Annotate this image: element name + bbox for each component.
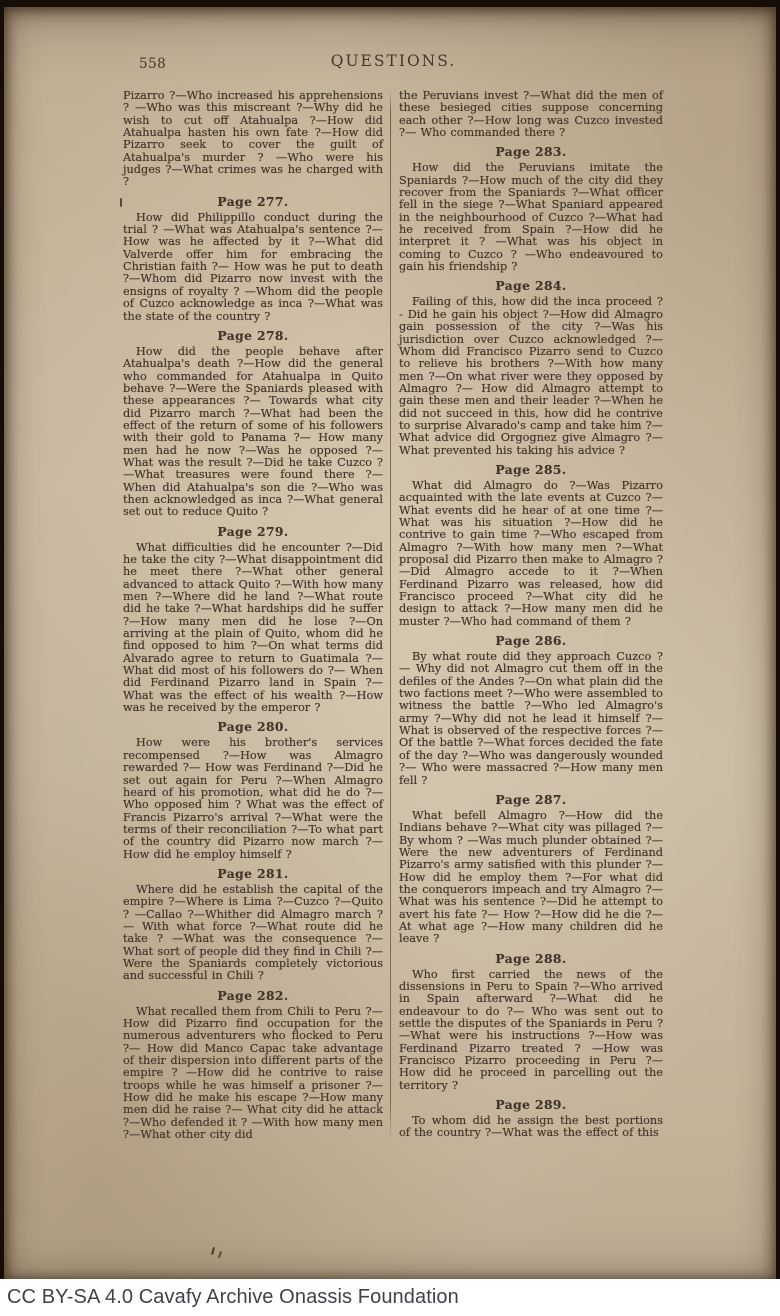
question-section: Page 289. To whom did he assign the best… xyxy=(399,1098,663,1140)
section-heading: Page 284. xyxy=(399,279,663,292)
section-heading: Page 279. xyxy=(123,525,383,538)
ink-mark xyxy=(120,198,122,207)
two-column-layout: Pizarro ?—Who increased his apprehension… xyxy=(123,90,664,1141)
page-header: 558 QUESTIONS. xyxy=(123,52,664,78)
left-column: Pizarro ?—Who increased his apprehension… xyxy=(123,90,383,1141)
section-heading: Page 277. xyxy=(123,195,383,208)
text-block: 558 QUESTIONS. Pizarro ?—Who increased h… xyxy=(123,52,664,1141)
question-section: Page 278. How did the people behave afte… xyxy=(123,329,383,519)
section-body: What difficulties did he encounter ?—Did… xyxy=(123,542,383,715)
section-body: How did Philippillo conduct during the t… xyxy=(123,212,383,323)
right-column: the Peruvians invest ?—What did the men … xyxy=(399,90,663,1141)
section-body: How were his brother's services recompen… xyxy=(123,737,383,860)
section-body: By what route did they approach Cuzco ?—… xyxy=(399,651,663,787)
section-body: What did Almagro do ?—Was Pizarro acquai… xyxy=(399,480,663,628)
license-bar: CC BY-SA 4.0 Cavafy Archive Onassis Foun… xyxy=(0,1279,780,1316)
question-section: Page 284. Failing of this, how did the i… xyxy=(399,279,663,456)
section-body: Where did he establish the capital of th… xyxy=(123,884,383,983)
continued-paragraph: the Peruvians invest ?—What did the men … xyxy=(399,90,663,139)
running-title: QUESTIONS. xyxy=(123,52,664,70)
question-section: Page 277. How did Philippillo conduct du… xyxy=(123,195,383,323)
section-heading: Page 280. xyxy=(123,720,383,733)
section-body: Who first carried the news of the dissen… xyxy=(399,969,663,1092)
section-heading: Page 281. xyxy=(123,867,383,880)
section-heading: Page 288. xyxy=(399,952,663,965)
section-heading: Page 286. xyxy=(399,634,663,647)
scanned-book-page: { "page": { "number": "558", "running_ti… xyxy=(0,0,780,1316)
question-section: Page 288. Who first carried the news of … xyxy=(399,952,663,1092)
column-divider-rule xyxy=(390,90,391,1141)
question-section: Page 286. By what route did they approac… xyxy=(399,634,663,787)
section-body: What befell Almagro ?—How did the Indian… xyxy=(399,810,663,946)
section-body: How did the people behave after Atahualp… xyxy=(123,346,383,519)
continued-paragraph: Pizarro ?—Who increased his apprehension… xyxy=(123,90,383,189)
question-section: Page 283. How did the Peruvians imitate … xyxy=(399,145,663,273)
section-heading: Page 289. xyxy=(399,1098,663,1111)
question-section: Page 287. What befell Almagro ?—How did … xyxy=(399,793,663,946)
question-section: Page 281. Where did he establish the cap… xyxy=(123,867,383,983)
question-section: Page 280. How were his brother's service… xyxy=(123,720,383,860)
license-text: CC BY-SA 4.0 Cavafy Archive Onassis Foun… xyxy=(0,1286,459,1309)
question-section: Page 279. What difficulties did he encou… xyxy=(123,525,383,715)
section-heading: Page 282. xyxy=(123,989,383,1002)
section-body: How did the Peruvians imitate the Spania… xyxy=(399,162,663,273)
section-heading: Page 285. xyxy=(399,463,663,476)
question-section: Page 282. What recalled them from Chili … xyxy=(123,989,383,1142)
section-body: To whom did he assign the best portions … xyxy=(399,1115,663,1140)
question-section: Page 285. What did Almagro do ?—Was Piza… xyxy=(399,463,663,628)
section-body: Failing of this, how did the inca procee… xyxy=(399,296,663,456)
section-heading: Page 287. xyxy=(399,793,663,806)
section-heading: Page 283. xyxy=(399,145,663,158)
section-body: What recalled them from Chili to Peru ?—… xyxy=(123,1006,383,1142)
section-heading: Page 278. xyxy=(123,329,383,342)
